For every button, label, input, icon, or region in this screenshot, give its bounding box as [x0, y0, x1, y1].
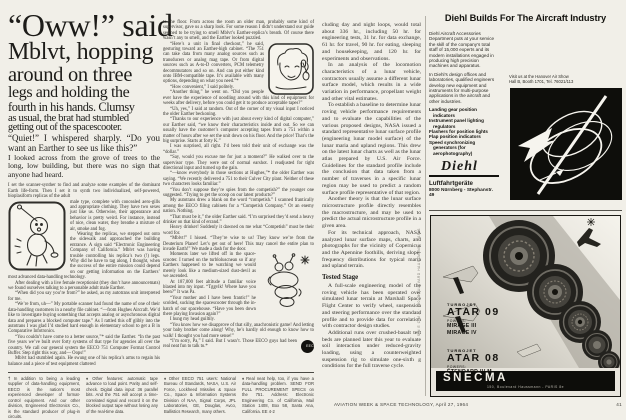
diehl-product-item: Landing gear position indicators [429, 107, 499, 118]
story-paragraph: “Uh, yes,” I said at random. Out of the … [163, 107, 314, 118]
story-left-column: “Oww!” said Mblvt, hopping around on thr… [8, 10, 160, 367]
diehl-ad: Diehl Builds For The Aircraft Industry D… [429, 13, 622, 209]
story-paragraph: “When did you say you’re from?” he asked… [8, 291, 160, 302]
article-paragraph: In an analysis of the locomotion charact… [322, 62, 421, 102]
engine-name: ATAR 08 [447, 353, 500, 364]
diehl-visit-note: Visit us at the Hanover Air Show Hall B,… [506, 74, 622, 85]
story-paragraph: “Say, would you excuse me for just a mom… [163, 155, 314, 171]
footnote-text: Real neat help, too, if you have a data-… [242, 376, 314, 414]
footnote-mark: † [8, 376, 13, 381]
jet-engines-photo [431, 216, 620, 368]
footnote: ♦Other EECO 751 users: National Bureau o… [164, 376, 236, 420]
journal-date-line: AVIATION WEEK & SPACE TECHNOLOGY, April … [334, 402, 468, 407]
footnote-mark: ♦ [164, 376, 168, 381]
footnote: ♦Other features: automatic tape advance … [86, 376, 158, 420]
story-paragraph: Mblvt had stumbled again. He swung one o… [8, 356, 160, 367]
story-paragraph: “You don’t suppose they’re spies from th… [163, 188, 314, 199]
page-number: 41 [616, 402, 622, 407]
article-subhead: Tested Stage [322, 274, 421, 281]
headline-line: legs and holding the [8, 85, 160, 101]
story-paragraph: “I’m sorry, Pa,” I said. But I wasn’t. T… [163, 339, 297, 349]
article-paragraph: For its technical approach, NASA analyze… [322, 230, 421, 270]
eeco-logo: EECo [301, 340, 314, 353]
engine-label-atar09: TURBOJET ATAR 09 POWERS: MIRAGE IIIMIRAG… [447, 302, 500, 336]
story-paragraph: “Thanks to our experience with just abou… [163, 117, 314, 144]
lunar-article-column: cluding day and night loops, would total… [322, 22, 421, 370]
footnote-text: Other EECO 751 users: National Bureau of… [164, 376, 236, 414]
snecma-address: 150, Boulevard Haussmann - PARIS 8e [443, 385, 608, 389]
headline-deck: I looked across from the grove of trees … [8, 154, 160, 181]
diehl-ad-copy: Diehl Aircraft Accessories Department pu… [429, 31, 499, 200]
story-paragraph: Heavy drinker! Suddenly it dawned on me … [163, 225, 314, 236]
receptionist-cartoon [268, 43, 314, 95]
engine-name: ATAR 09 [447, 307, 500, 318]
footnote-text: In addition to being a leading supplier … [8, 376, 80, 419]
story-paragraph: to the floor. From across the room an ol… [163, 20, 314, 42]
story-paragraph: “That must be it,” the older Earther sai… [163, 215, 314, 226]
diehl-paragraph: Diehl Aircraft Accessories Department pu… [429, 31, 499, 69]
visit-line: Hall B, Booth 1701, Tel. 76021/113 [509, 79, 622, 84]
headline-deck: “Quiet!” I whispered sharply. “Do you wa… [8, 133, 160, 153]
story-paragraph: “You couldn’t have come to a better sour… [8, 335, 160, 357]
headline-line: fourth in his hands. Clumsy [8, 101, 160, 113]
story-middle-column: to the floor. From across the room an ol… [163, 20, 314, 354]
article-paragraph: Additional runs over crushed-basalt test… [322, 330, 421, 370]
page-footer: AVIATION WEEK & SPACE TECHNOLOGY, April … [334, 402, 622, 407]
footnote-text: Other features: automatic tape advance t… [86, 376, 158, 414]
story-paragraph: After dealing with a live female recepti… [8, 281, 160, 292]
headline-line: Mblvt, hopping [8, 41, 160, 65]
diehl-ad-title: Diehl Builds For The Aircraft Industry [429, 13, 622, 23]
story-paragraph: I set the scanner-synther to find and an… [8, 183, 160, 199]
diehl-product-item: Instrument panel lighting regulators [429, 118, 499, 129]
footnote: †In addition to being a leading supplier… [8, 376, 80, 420]
headline-line: “Oww!” said [8, 10, 160, 41]
article-paragraph: Another theory is that the lunar surface… [322, 196, 421, 230]
article-paragraph: A full-scale engineering model of the ro… [322, 283, 421, 330]
headline-line: around on three [8, 65, 160, 85]
diehl-product-item: Speed synchronizing generators (for aero… [429, 140, 499, 156]
story-paragraph: I was surprised, all right. I’d been tol… [163, 144, 314, 155]
aircraft-name: MIRAGE IV [447, 330, 500, 337]
article-paragraph: cluding day and night loops, would total… [322, 22, 421, 62]
diehl-address: 8000 Nürnberg - Stephanstr. 49 [429, 188, 499, 198]
diehl-abstract-art [506, 88, 622, 200]
story-paragraph: My autotrans drew a blank on the word “c… [163, 198, 314, 214]
column-rule [425, 16, 426, 396]
snecma-logo-bar: SNECMA 150, Boulevard Haussmann - PARIS … [436, 371, 615, 391]
snecma-logo: SNECMA [443, 373, 608, 385]
snecma-ad: TURBOJET ATAR 09 POWERS: MIRAGE IIIMIRAG… [430, 215, 621, 397]
article-paragraph: To establish a baseline to determine lun… [322, 102, 421, 196]
spacescooter-cartoon [260, 253, 314, 316]
ad-divider-rule [429, 210, 622, 211]
alien-baby-cartoon [8, 201, 66, 271]
story-paragraph: “Mblvt!” I hissed. “They’re wise to us! … [163, 236, 314, 252]
footnote: ♦Real neat help, too, if you have a data… [242, 376, 314, 420]
diehl-division: Luftfahrtgeräte [429, 180, 499, 187]
story-paragraph: “We’re from, uh—” My portable scanner ha… [8, 302, 160, 334]
footnotes-strip: †In addition to being a leading supplier… [8, 372, 314, 420]
story-paragraph: “—know everybody in those sections at Hu… [163, 171, 314, 187]
footnote-mark: ♦ [242, 376, 245, 381]
footnote-mark: ♦ [86, 376, 91, 381]
story-paragraph: “You know how we disapprove of that sill… [163, 323, 314, 339]
diehl-logo: Diehl [429, 159, 499, 177]
headline-line: getting out of the spacescooter. [8, 123, 160, 133]
diehl-paragraph: In Diehl’s design offices and laboratori… [429, 72, 499, 104]
vertical-margin-text: S N E C M A · 150, BOULEVARD HAUSSMANN ·… [417, 228, 421, 336]
